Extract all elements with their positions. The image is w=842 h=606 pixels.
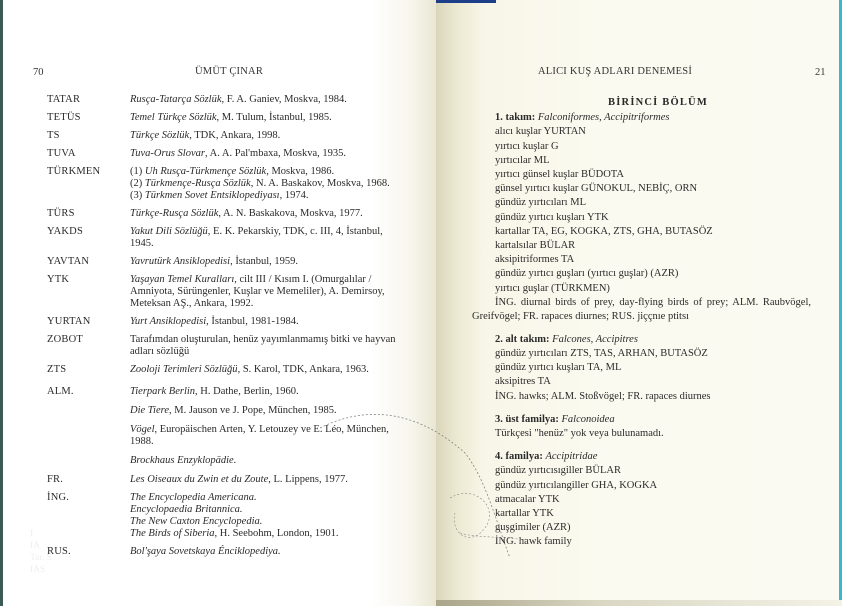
text: , A. A. Pal'mbaxa, Moskva, 1935. — [205, 148, 346, 159]
source-line: Tierpark Berlin, H. Dathe, Berlin, 1960. — [130, 386, 417, 398]
abbreviation-row: YTKYaşayan Temel Kuralları, cilt III / K… — [47, 274, 417, 310]
abbreviation-key: YAKDS — [47, 226, 130, 250]
italic-text: Falconiformes, Accipitriformes — [538, 112, 670, 123]
text: , cilt III / Kısım I. (Omurgalılar / — [234, 274, 371, 285]
abbreviation-key: TETÜS — [47, 112, 130, 124]
abbreviation-row: YAKDSYakut Dili Sözlüğü, E. K. Pekarskiy… — [47, 226, 417, 250]
text: , S. Karol, TDK, Ankara, 1963. — [238, 364, 369, 375]
text: , M. Jauson ve J. Pope, München, 1985. — [169, 405, 337, 416]
text: 1988. — [130, 436, 154, 447]
text: , F. A. Ganiev, Moskva, 1984. — [222, 94, 347, 105]
body-line: 2. alt takım: Falcones, Accipitres — [495, 333, 811, 347]
source-line: Temel Türkçe Sözlük, M. Tulum, İstanbul,… — [130, 112, 417, 124]
bold-text: 4. familya: — [495, 451, 545, 462]
text: İNG. hawk family — [495, 536, 572, 547]
abbreviation-row: Brockhaus Enzyklopädie. — [47, 455, 417, 467]
source-line: Meteksan AŞ., Ankara, 1992. — [130, 298, 417, 310]
body-line: İNG. hawks; ALM. Stoßvögel; FR. rapaces … — [495, 390, 811, 404]
text: , İstanbul, 1959. — [230, 256, 298, 267]
italic-text: Türkmençe-Rusça Sözlük — [145, 178, 251, 189]
text: gündüz yırtıcı kuşları YTK — [495, 212, 609, 223]
spacer — [495, 404, 811, 413]
body-line: atmacalar YTK — [495, 493, 811, 507]
abbreviation-key — [47, 405, 130, 417]
body-line: 3. üst familya: Falconoidea — [495, 413, 811, 427]
text: , 1974. — [280, 190, 309, 201]
italic-text: The Birds of Siberia — [130, 528, 215, 539]
source-line: Tuva-Orus Slovar, A. A. Pal'mbaxa, Moskv… — [130, 148, 417, 160]
body-line: kartalsılar BÜLAR — [495, 239, 811, 253]
abbreviation-row: FR.Les Oiseaux du Zwin et du Zoute, L. L… — [47, 474, 417, 486]
source-line: Vögel, Europäischen Arten, Y. Letouzey v… — [130, 424, 417, 436]
source-line: adları sözlüğü — [130, 346, 417, 358]
abbreviation-key: TS — [47, 130, 130, 142]
body-line: aksipitriformes TA — [495, 253, 811, 267]
italic-text: The Encyclopedia Americana. — [130, 492, 257, 503]
bottom-shadow — [436, 600, 842, 606]
text: kartalsılar BÜLAR — [495, 240, 575, 251]
left-page: 70 ÜMÜT ÇINAR TATARRusça-Tatarça Sözlük,… — [0, 0, 436, 606]
abbreviation-row: TÜRSTürkçe-Rusça Sözlük, A. N. Baskakova… — [47, 208, 417, 220]
source-line: The Encyclopedia Americana. — [130, 492, 417, 504]
source-line: 1988. — [130, 436, 417, 448]
abbreviation-source: Bol'şaya Sovetskaya Énciklopediya. — [130, 546, 417, 558]
left-page-edge — [0, 0, 3, 606]
abbreviation-row: Vögel, Europäischen Arten, Y. Letouzey v… — [47, 424, 417, 448]
italic-text: Falconoidea — [562, 414, 615, 425]
text: gündüz yırtıcısıgiller BÜLAR — [495, 465, 621, 476]
text: alıcı kuşlar YURTAN — [495, 126, 586, 137]
body-line: yırtıcılar ML — [495, 154, 811, 168]
italic-text: Rusça-Tatarça Sözlük — [130, 94, 222, 105]
body-line: gündüz yırtıcı guşları (yırtıcı guşlar) … — [495, 267, 811, 281]
body-line: yırtıcı kuşlar G — [495, 140, 811, 154]
abbreviation-source: (1) Uh Rusça-Türkmençe Sözlük, Moskva, 1… — [130, 166, 417, 202]
italic-text: Encyclopaedia Britannica. — [130, 504, 243, 515]
abbreviation-row: YURTANYurt Ansiklopedisi, İstanbul, 1981… — [47, 316, 417, 328]
source-line: The Birds of Siberia, H. Seebohm, London… — [130, 528, 417, 540]
book-spread: 70 ÜMÜT ÇINAR TATARRusça-Tatarça Sözlük,… — [0, 0, 842, 606]
abbreviation-key: RUS. — [47, 546, 130, 558]
text: , H. Seebohm, London, 1901. — [215, 528, 339, 539]
abbreviation-row: TUVATuva-Orus Slovar, A. A. Pal'mbaxa, M… — [47, 148, 417, 160]
abbreviation-key: YURTAN — [47, 316, 130, 328]
abbreviation-source: Yakut Dili Sözlüğü, E. K. Pekarskiy, TDK… — [130, 226, 417, 250]
italic-text: Tierpark Berlin — [130, 386, 195, 397]
text: , Moskva, 1986. — [266, 166, 334, 177]
italic-text: Yavrutürk Ansiklopedisi — [130, 256, 230, 267]
body-line: guşgimiler (AZR) — [495, 521, 811, 535]
abbreviation-key: YAVTAN — [47, 256, 130, 268]
body-line: 4. familya: Accipitridae — [495, 450, 811, 464]
source-line: Amniyota, Sürüngenler, Kuşlar ve Memelil… — [130, 286, 417, 298]
italic-text: Uh Rusça-Türkmençe Sözlük — [145, 166, 266, 177]
text: İNG. hawks; ALM. Stoßvögel; FR. rapaces … — [495, 391, 711, 402]
body-line: yırtıcı guşlar (TÜRKMEN) — [495, 282, 811, 296]
text: , L. Lippens, 1977. — [268, 474, 348, 485]
body-line: günsel yırtıcı kuşlar GÜNOKUL, NEBİÇ, OR… — [495, 182, 811, 196]
spacer — [495, 441, 811, 450]
source-line: Zooloji Terimleri Sözlüğü, S. Karol, TDK… — [130, 364, 417, 376]
abbreviation-table: TATARRusça-Tatarça Sözlük, F. A. Ganiev,… — [47, 94, 417, 564]
right-running-head: ALICI KUŞ ADLARI DENEMESİ — [538, 66, 692, 77]
text: , A. N. Baskakova, Moskva, 1977. — [218, 208, 362, 219]
text: (2) — [130, 178, 145, 189]
text: İNG. diurnal birds of prey, day-flying b… — [472, 297, 811, 322]
abbreviation-row: ZOBOTTarafımdan oluşturulan, henüz yayım… — [47, 334, 417, 358]
text: guşgimiler (AZR) — [495, 522, 571, 533]
italic-text: Brockhaus Enzyklopädie. — [130, 455, 236, 466]
body-line: gündüz yırtıcılangiller GHA, KOGKA — [495, 479, 811, 493]
section-title: BİRİNCİ BÖLÜM — [505, 96, 811, 110]
abbreviation-source: Yurt Ansiklopedisi, İstanbul, 1981-1984. — [130, 316, 417, 328]
italic-text: Accipitridae — [545, 451, 597, 462]
source-line: 1945. — [130, 238, 417, 250]
abbreviation-source: Temel Türkçe Sözlük, M. Tulum, İstanbul,… — [130, 112, 417, 124]
abbreviation-source: Türkçe Sözlük, TDK, Ankara, 1998. — [130, 130, 417, 142]
text: yırtıcı guşlar (TÜRKMEN) — [495, 283, 610, 294]
italic-text: Die Tiere — [130, 405, 169, 416]
abbreviation-row: TETÜSTemel Türkçe Sözlük, M. Tulum, İsta… — [47, 112, 417, 124]
text: , İstanbul, 1981-1984. — [206, 316, 298, 327]
text: gündüz yırtıcıları ZTS, TAS, ARHAN, BUTA… — [495, 348, 708, 359]
body-line: aksipitres TA — [495, 375, 811, 389]
abbreviation-key: TATAR — [47, 94, 130, 106]
abbreviation-row: ALM.Tierpark Berlin, H. Dathe, Berlin, 1… — [47, 386, 417, 398]
text: aksipitres TA — [495, 376, 551, 387]
abbreviation-key: FR. — [47, 474, 130, 486]
italic-text: Bol'şaya Sovetskaya Énciklopediya. — [130, 546, 281, 557]
abbreviation-source: Les Oiseaux du Zwin et du Zoute, L. Lipp… — [130, 474, 417, 486]
source-line: Encyclopaedia Britannica. — [130, 504, 417, 516]
bold-text: 1. takım: — [495, 112, 538, 123]
body-line: alıcı kuşlar YURTAN — [495, 125, 811, 139]
abbreviation-source: Türkçe-Rusça Sözlük, A. N. Baskakova, Mo… — [130, 208, 417, 220]
abbreviation-source: The Encyclopedia Americana.Encyclopaedia… — [130, 492, 417, 540]
text: , Europäischen Arten, Y. Letouzey ve E. … — [155, 424, 389, 435]
italic-text: Türkçe Sözlük — [130, 130, 189, 141]
body-line: kartallar YTK — [495, 507, 811, 521]
source-line: Türkçe Sözlük, TDK, Ankara, 1998. — [130, 130, 417, 142]
top-tab-strip — [436, 0, 496, 3]
source-line: Les Oiseaux du Zwin et du Zoute, L. Lipp… — [130, 474, 417, 486]
source-line: Rusça-Tatarça Sözlük, F. A. Ganiev, Mosk… — [130, 94, 417, 106]
text: Türkçesi "henüz" yok veya bulunamadı. — [495, 428, 664, 439]
bold-text: 3. üst familya: — [495, 414, 562, 425]
source-line: Die Tiere, M. Jauson ve J. Pope, München… — [130, 405, 417, 417]
italic-text: The New Caxton Encyclopedia. — [130, 516, 262, 527]
text: gündüz yırtıcı kuşları TA, ML — [495, 362, 621, 373]
abbreviation-row: Die Tiere, M. Jauson ve J. Pope, München… — [47, 405, 417, 417]
source-line: Bol'şaya Sovetskaya Énciklopediya. — [130, 546, 417, 558]
spacer — [495, 324, 811, 333]
body-line: gündüz yırtıcıları ZTS, TAS, ARHAN, BUTA… — [495, 347, 811, 361]
text: günsel yırtıcı kuşlar GÜNOKUL, NEBİÇ, OR… — [495, 183, 697, 194]
italic-text: Yaşayan Temel Kuralları — [130, 274, 234, 285]
body-line: kartallar TA, EG, KOGKA, ZTS, GHA, BUTAS… — [495, 225, 811, 239]
body-line: yırtıcı günsel kuşlar BÜDOTA — [495, 168, 811, 182]
abbreviation-row: RUS.Bol'şaya Sovetskaya Énciklopediya. — [47, 546, 417, 558]
text: , E. K. Pekarskiy, TDK, c. III, 4, İstan… — [208, 226, 383, 237]
body-line: gündüz yırtıcı kuşları YTK — [495, 211, 811, 225]
abbreviation-source: Zooloji Terimleri Sözlüğü, S. Karol, TDK… — [130, 364, 417, 376]
italic-text: Falcones, Accipitres — [552, 334, 638, 345]
abbreviation-source: Brockhaus Enzyklopädie. — [130, 455, 417, 467]
abbreviation-key: ZTS — [47, 364, 130, 376]
italic-text: Vögel — [130, 424, 155, 435]
text: Meteksan AŞ., Ankara, 1992. — [130, 298, 253, 309]
text: (3) — [130, 190, 145, 201]
abbreviation-source: Yaşayan Temel Kuralları, cilt III / Kısı… — [130, 274, 417, 310]
abbreviation-key: ZOBOT — [47, 334, 130, 358]
text: (1) — [130, 166, 145, 177]
body-line: Türkçesi "henüz" yok veya bulunamadı. — [495, 427, 811, 441]
abbreviation-row: ZTSZooloji Terimleri Sözlüğü, S. Karol, … — [47, 364, 417, 376]
italic-text: Temel Türkçe Sözlük — [130, 112, 217, 123]
left-running-head: ÜMÜT ÇINAR — [195, 66, 263, 77]
abbreviation-source: Tarafımdan oluşturulan, henüz yayımlanma… — [130, 334, 417, 358]
source-line: Yakut Dili Sözlüğü, E. K. Pekarskiy, TDK… — [130, 226, 417, 238]
source-line: (2) Türkmençe-Rusça Sözlük, N. A. Baskak… — [130, 178, 417, 190]
abbreviation-key — [47, 424, 130, 448]
text: gündüz yırtıcı guşları (yırtıcı guşlar) … — [495, 268, 678, 279]
abbreviation-key: YTK — [47, 274, 130, 310]
abbreviation-key: İNG. — [47, 492, 130, 540]
abbreviation-row: TÜRKMEN(1) Uh Rusça-Türkmençe Sözlük, Mo… — [47, 166, 417, 202]
source-line: Yavrutürk Ansiklopedisi, İstanbul, 1959. — [130, 256, 417, 268]
text: Tarafımdan oluşturulan, henüz yayımlanma… — [130, 334, 395, 345]
italic-text: Yakut Dili Sözlüğü — [130, 226, 208, 237]
text: adları sözlüğü — [130, 346, 189, 357]
source-line: The New Caxton Encyclopedia. — [130, 516, 417, 528]
italic-text: Les Oiseaux du Zwin et du Zoute — [130, 474, 268, 485]
text: yırtıcı kuşlar G — [495, 141, 559, 152]
abbreviation-key — [47, 455, 130, 467]
italic-text: Yurt Ansiklopedisi — [130, 316, 206, 327]
body-line: gündüz yırtıcı kuşları TA, ML — [495, 361, 811, 375]
source-line: Türkçe-Rusça Sözlük, A. N. Baskakova, Mo… — [130, 208, 417, 220]
abbreviation-source: Yavrutürk Ansiklopedisi, İstanbul, 1959. — [130, 256, 417, 268]
abbreviation-key: TÜRS — [47, 208, 130, 220]
abbreviation-source: Tuva-Orus Slovar, A. A. Pal'mbaxa, Moskv… — [130, 148, 417, 160]
source-line: Yurt Ansiklopedisi, İstanbul, 1981-1984. — [130, 316, 417, 328]
right-page-body: BİRİNCİ BÖLÜM 1. takım: Falconiformes, A… — [495, 96, 811, 550]
italic-text: Türkçe-Rusça Sözlük — [130, 208, 218, 219]
source-line: Yaşayan Temel Kuralları, cilt III / Kısı… — [130, 274, 417, 286]
abbreviation-row: YAVTANYavrutürk Ansiklopedisi, İstanbul,… — [47, 256, 417, 268]
abbreviation-row: TSTürkçe Sözlük, TDK, Ankara, 1998. — [47, 130, 417, 142]
text: , M. Tulum, İstanbul, 1985. — [217, 112, 332, 123]
text: yırtıcı günsel kuşlar BÜDOTA — [495, 169, 624, 180]
body-line: İNG. hawk family — [495, 535, 811, 549]
abbreviation-row: İNG.The Encyclopedia Americana.Encyclopa… — [47, 492, 417, 540]
bold-text: 2. alt takım: — [495, 334, 552, 345]
text: , H. Dathe, Berlin, 1960. — [195, 386, 299, 397]
text: kartallar YTK — [495, 508, 554, 519]
body-line: gündüz yırtıcısıgiller BÜLAR — [495, 464, 811, 478]
abbreviation-key: ALM. — [47, 386, 130, 398]
text: gündüz yırtıcıları ML — [495, 197, 586, 208]
abbreviation-source: Tierpark Berlin, H. Dathe, Berlin, 1960. — [130, 386, 417, 398]
italic-text: Tuva-Orus Slovar — [130, 148, 205, 159]
text: kartallar TA, EG, KOGKA, ZTS, GHA, BUTAS… — [495, 226, 713, 237]
abbreviation-key: TÜRKMEN — [47, 166, 130, 202]
text: gündüz yırtıcılangiller GHA, KOGKA — [495, 480, 657, 491]
text: 1945. — [130, 238, 154, 249]
abbreviation-source: Vögel, Europäischen Arten, Y. Letouzey v… — [130, 424, 417, 448]
italic-text: Türkmen Sovet Entsiklopediyası — [145, 190, 280, 201]
source-line: Brockhaus Enzyklopädie. — [130, 455, 417, 467]
text: atmacalar YTK — [495, 494, 560, 505]
body-line: 1. takım: Falconiformes, Accipitriformes — [495, 111, 811, 125]
source-line: Tarafımdan oluşturulan, henüz yayımlanma… — [130, 334, 417, 346]
text: Amniyota, Sürüngenler, Kuşlar ve Memelil… — [130, 286, 385, 297]
italic-text: Zooloji Terimleri Sözlüğü — [130, 364, 238, 375]
text: aksipitriformes TA — [495, 254, 574, 265]
abbreviation-row: TATARRusça-Tatarça Sözlük, F. A. Ganiev,… — [47, 94, 417, 106]
equivalents-paragraph: İNG. diurnal birds of prey, day-flying b… — [472, 296, 811, 324]
left-page-number: 70 — [33, 67, 44, 78]
abbreviation-key: TUVA — [47, 148, 130, 160]
text: yırtıcılar ML — [495, 155, 550, 166]
source-line: (3) Türkmen Sovet Entsiklopediyası, 1974… — [130, 190, 417, 202]
text: , TDK, Ankara, 1998. — [189, 130, 280, 141]
right-page-number: 21 — [815, 67, 826, 78]
abbreviation-source: Rusça-Tatarça Sözlük, F. A. Ganiev, Mosk… — [130, 94, 417, 106]
text: , N. A. Baskakov, Moskva, 1968. — [251, 178, 390, 189]
abbreviation-source: Die Tiere, M. Jauson ve J. Pope, München… — [130, 405, 417, 417]
source-line: (1) Uh Rusça-Türkmençe Sözlük, Moskva, 1… — [130, 166, 417, 178]
body-line: gündüz yırtıcıları ML — [495, 196, 811, 210]
